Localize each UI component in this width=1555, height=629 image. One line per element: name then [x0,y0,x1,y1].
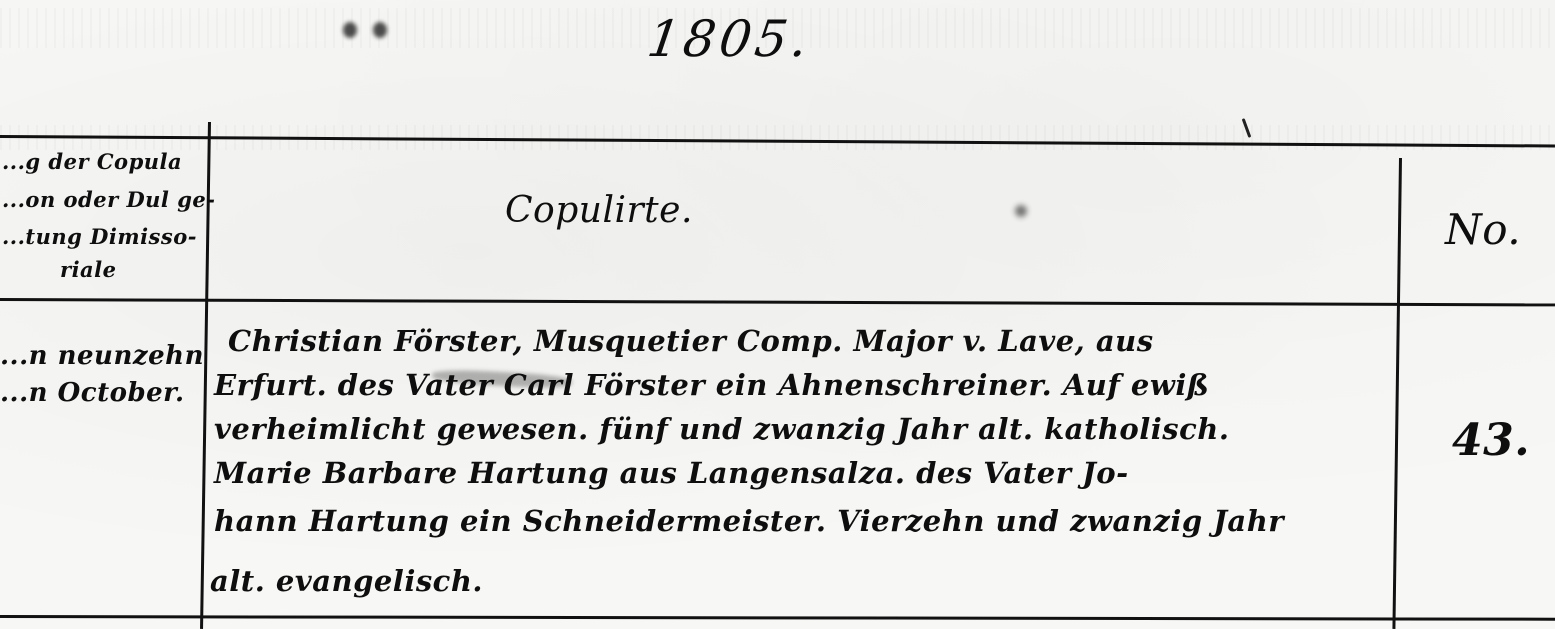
ink-blot [343,22,357,38]
header-line: ...tung Dimisso- [2,223,197,250]
ink-blot [373,22,387,38]
header-line: ...g der Copula [2,148,182,175]
couple-column-header: Copulirte. [505,190,693,231]
entry-line: Marie Barbare Hartung aus Langensalza. d… [214,452,1129,494]
register-page: 1805. ...g der Copula ...on oder Dul ge-… [0,0,1555,629]
entry-line: hann Hartung ein Schneidermeister. Vierz… [214,500,1284,542]
number-column-header: No. [1445,205,1521,254]
entry-line: verheimlicht gewesen. fünf und zwanzig J… [214,408,1229,450]
entry-line: alt. evangelisch. [210,560,483,602]
entry-bottom-rule [0,615,1555,621]
header-line: ...on oder Dul ge- [2,186,215,213]
entry-number: 43. [1452,415,1530,466]
column-divider-2 [1392,158,1402,629]
date-line: ...n neunzehn [0,335,204,377]
year-heading: 1805. [644,10,815,68]
entry-line: Christian Förster, Musquetier Comp. Majo… [228,320,1154,362]
date-line: ...n October. [0,372,185,414]
header-bottom-rule [0,298,1555,306]
header-line: riale [60,256,117,283]
ink-blot [1015,205,1027,217]
entry-line: Erfurt. des Vater Carl Förster ein Ahnen… [214,364,1209,406]
